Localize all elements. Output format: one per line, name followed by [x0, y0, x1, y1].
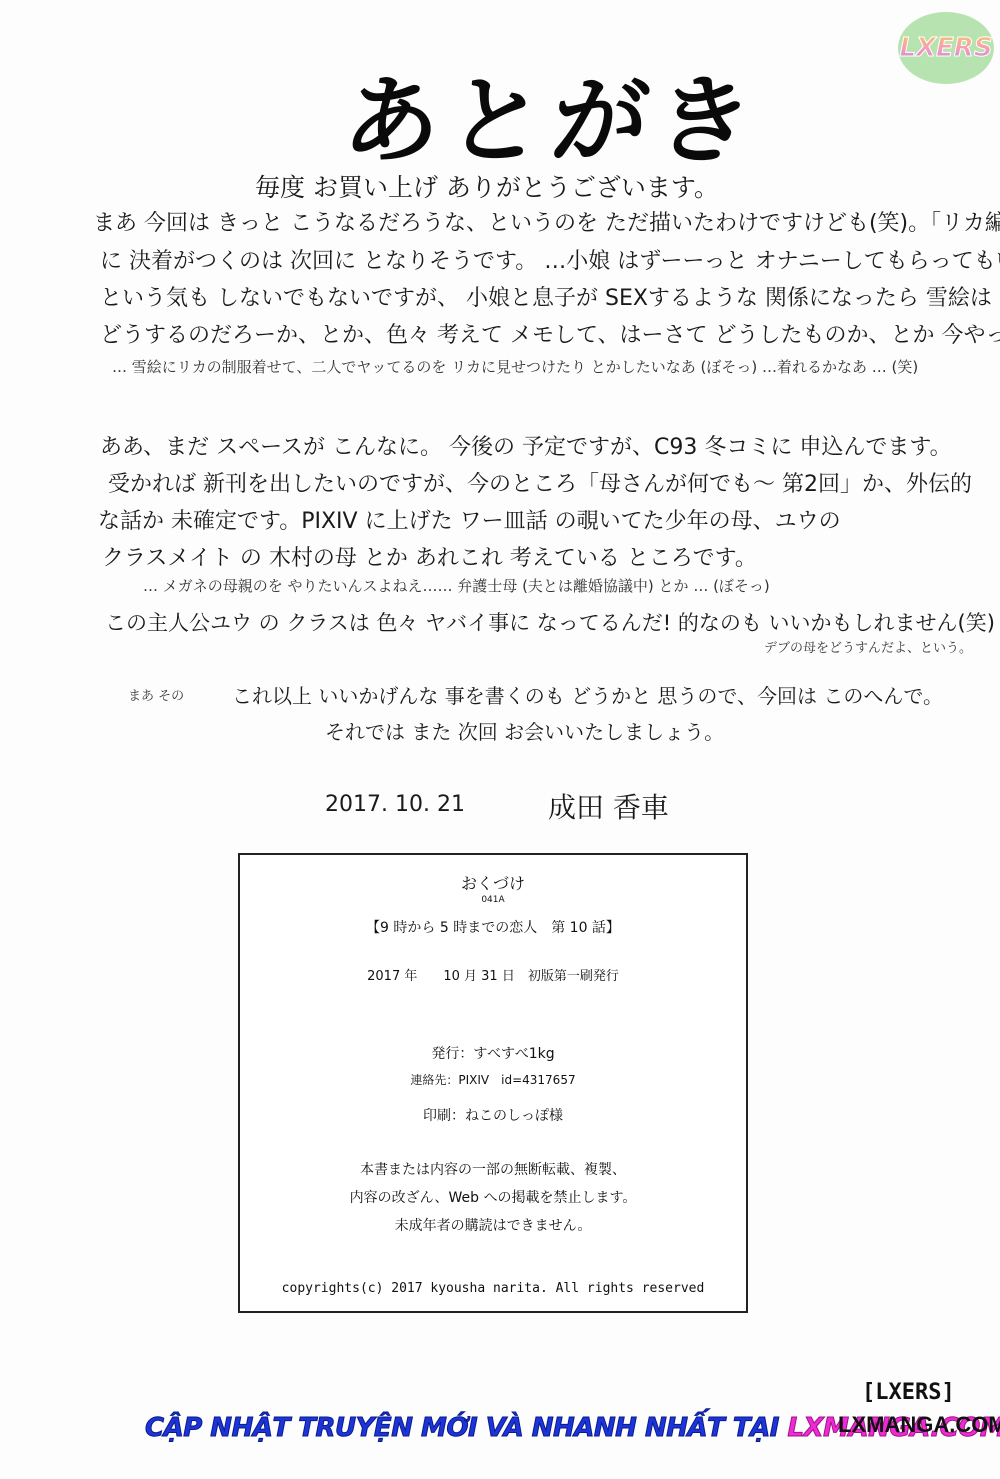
lxers-logo: LXERS — [898, 12, 994, 84]
para1-line3: という気も しないでもないですが、 小娘と息子が SEXするような 関係になった… — [100, 281, 992, 312]
closing-prefix: まあ その — [128, 685, 184, 704]
closing-line1: これ以上 いいかげんな 事を書くのも どうかと 思うので、今回は このへんで。 — [232, 680, 943, 709]
greeting: 毎度 お買い上げ ありがとうございます。 — [255, 168, 719, 204]
colophon-notice-2: 内容の改ざん、Web への掲載を禁止します。 — [240, 1187, 746, 1207]
colophon-contact: 連絡先：PIXIV id=4317657 — [240, 1071, 746, 1088]
colophon-copyright: copyrights(c) 2017 kyousha narita. All r… — [240, 1281, 746, 1296]
colophon-notice-1: 本書または内容の一部の無断転載、複製、 — [240, 1159, 746, 1179]
closing-line2: それでは また 次回 お会いいたしましょう。 — [325, 716, 724, 745]
author-signature: 成田 香車 — [548, 786, 669, 826]
para1-line4: どうするのだろーか、とか、色々 考えて メモして、はーさて どうしたものか、とか… — [100, 318, 1000, 349]
colophon-box: おくづけ 041A 【9 時から 5 時までの恋人 第 10 話】 2017 年… — [238, 853, 748, 1313]
watermark-site: LXMANGA.COM — [838, 1412, 1000, 1438]
para2-line3: な話か 未確定です。PIXIV に上げた ワー皿話 の覗いてた少年の母、ユウの — [98, 504, 841, 535]
aside-1: … 雪絵にリカの制服着せて、二人でヤッてるのを リカに見せつけたり とかしたいな… — [112, 356, 918, 377]
aside-3: デブの母をどうすんだよ、という。 — [764, 637, 972, 656]
logo-text: LXERS — [899, 33, 992, 63]
para1-line1: まあ 今回は きっと こうなるだろうな、というのを ただ描いたわけですけども(笑… — [93, 206, 1000, 237]
colophon-date: 2017 年 10 月 31 日 初版第一刷発行 — [240, 965, 746, 984]
banner-text: CẬP NHẬT TRUYỆN MỚI VÀ NHANH NHẤT TẠI — [145, 1413, 787, 1443]
watermark-tag: [LXERS] — [862, 1380, 955, 1405]
aside-2: … メガネの母親のを やりたいんスよねえ…… 弁護士母 (夫とは離婚協議中) と… — [143, 575, 770, 596]
para3: この主人公ユウ の クラスは 色々 ヤバイ事に なってるんだ! 的なのも いいか… — [105, 607, 995, 637]
colophon-code: 041A — [240, 895, 746, 905]
page-title: あとがき — [338, 45, 768, 182]
para2-line2: 受かれば 新刊を出したいのですが、今のところ「母さんが何でも〜 第2回」か、外伝… — [108, 467, 972, 498]
para2-line4: クラスメイト の 木村の母 とか あれこれ 考えている ところです。 — [102, 541, 757, 572]
colophon-printer: 印刷：ねこのしっぽ様 — [240, 1105, 746, 1125]
colophon-notice-3: 未成年者の購読はできません。 — [240, 1215, 746, 1235]
colophon-series: 【9 時から 5 時までの恋人 第 10 話】 — [240, 917, 746, 937]
afterword-date: 2017. 10. 21 — [325, 792, 465, 817]
colophon-publisher: 発行：すべすべ1kg — [240, 1043, 746, 1063]
para2-line1: ああ、まだ スペースが こんなに。 今後の 予定ですが、C93 冬コミに 申込ん… — [100, 430, 952, 461]
colophon-title: おくづけ — [240, 871, 746, 894]
para1-line2: に 決着がつくのは 次回に となりそうです。 …小娘 はずーーっと オナニーして… — [100, 244, 1000, 275]
